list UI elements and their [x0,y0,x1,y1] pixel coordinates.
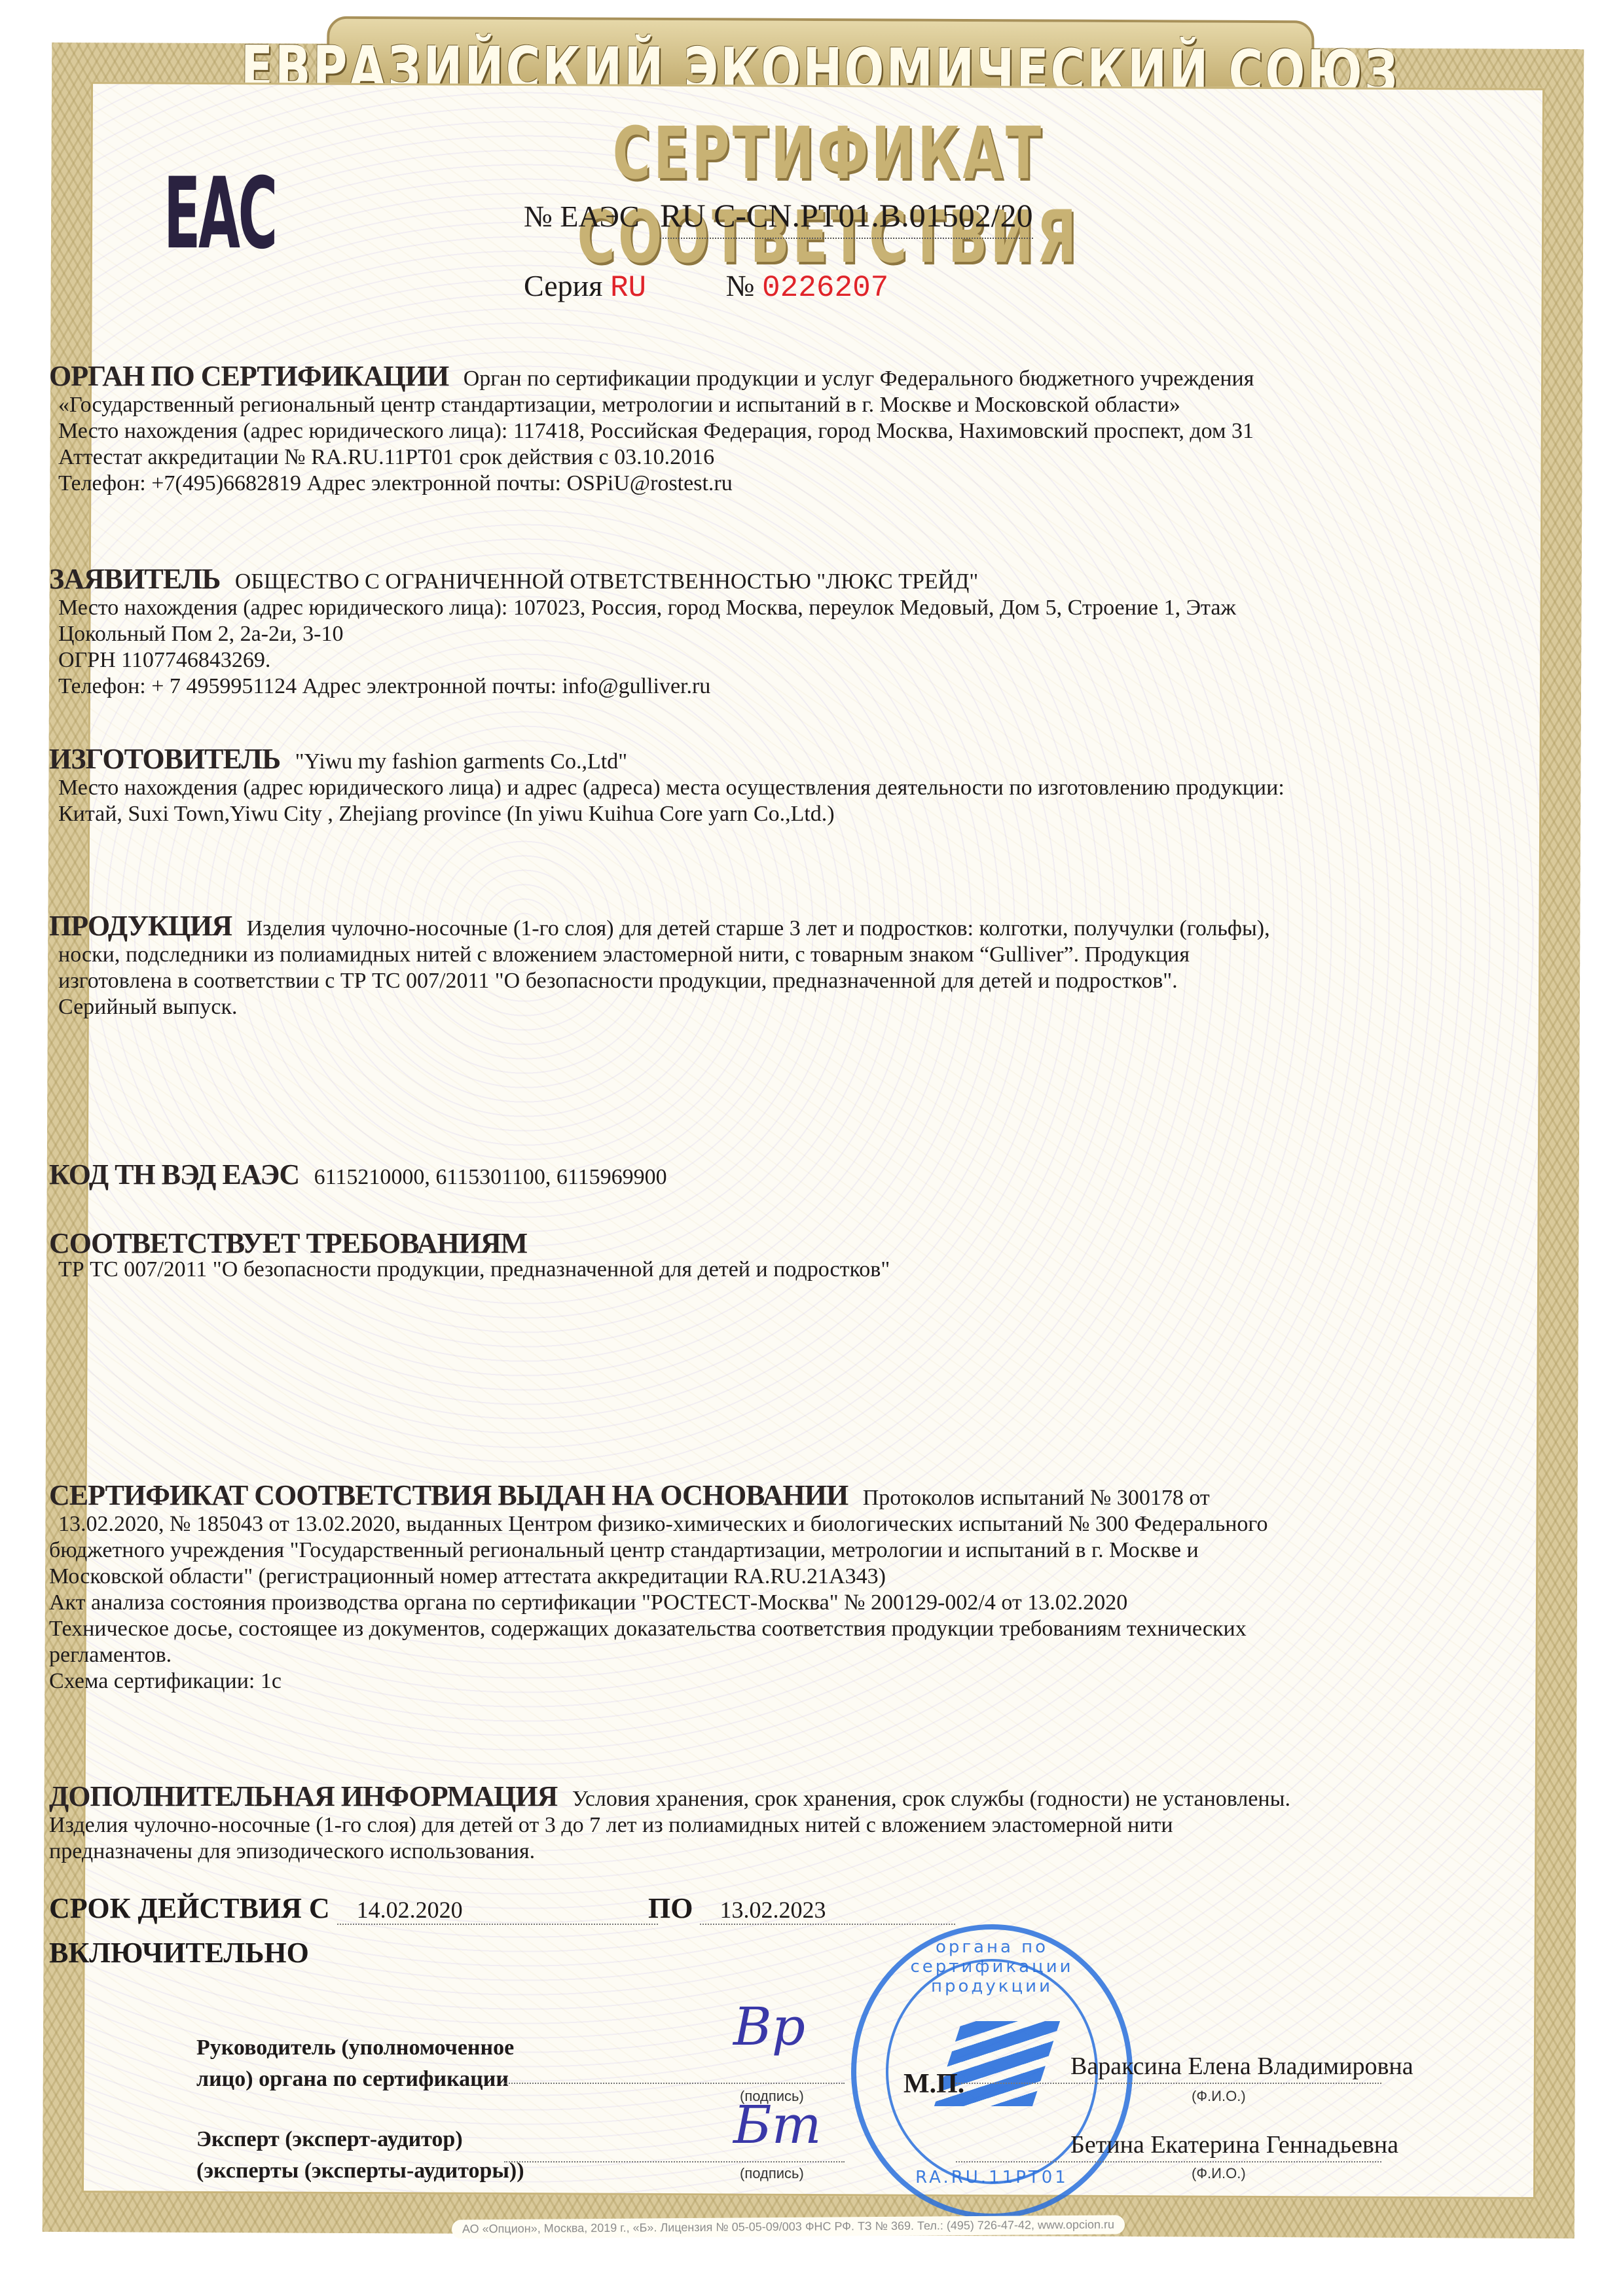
head-fio-caption: (Ф.И.О.) [1192,2088,1246,2105]
seal-label: М.П. [903,2068,964,2100]
tn-ved-heading: КОД ТН ВЭД ЕАЭС [49,1158,299,1191]
expert-name: Бетина Екатерина Геннадьевна [1070,2130,1398,2159]
section-line: "Yiwu my fashion garments Co.,Ltd" [295,749,628,774]
basis-section: СЕРТИФИКАТ СООТВЕТСТВИЯ ВЫДАН НА ОСНОВАН… [49,1482,1564,1695]
product-section: ПРОДУКЦИЯ Изделия чулочно-носочные (1-го… [49,913,1564,1020]
certification-body-heading: ОРГАН ПО СЕРТИФИКАЦИИ [49,360,448,392]
section-line: Место нахождения (адрес юридического лиц… [49,595,1564,621]
validity-from-date: 14.02.2020 [337,1896,658,1925]
validity-inclusive: ВКЛЮЧИТЕЛЬНО [49,1936,309,1969]
additional-info-section: ДОПОЛНИТЕЛЬНАЯ ИНФОРМАЦИЯ Условия хранен… [49,1784,1564,1865]
expert-signature-caption: (подпись) [740,2165,804,2182]
expert-signature-icon: Бт [733,2094,822,2155]
certificate-title: СЕРТИФИКАТ СООТВЕТСТВИЯ [534,111,1123,279]
requirements-value: ТР ТС 007/2011 "О безопасности продукции… [49,1257,1564,1283]
section-line: 13.02.2020, № 185043 от 13.02.2020, выда… [49,1511,1564,1537]
section-line: Условия хранения, срок хранения, срок сл… [572,1787,1290,1811]
head-label-line: Руководитель (уполномоченное [196,2032,514,2064]
section-line: Место нахождения (адрес юридического лиц… [49,775,1564,801]
validity-from: СРОК ДЕЙСТВИЯ С 14.02.2020 [49,1892,658,1925]
blank-number-label: № [726,269,755,302]
validity-from-label: СРОК ДЕЙСТВИЯ С [49,1892,330,1924]
section-line: «Государственный региональный центр стан… [49,392,1564,418]
section-line: Акт анализа состояния производства орган… [49,1590,1564,1616]
expert-label-line: (эксперты (эксперты-аудиторы)) [196,2155,524,2187]
head-label: Руководитель (уполномоченное лицо) орган… [196,2032,514,2095]
head-signature-icon: Вр [733,1996,805,2057]
section-line: Цокольный Пом 2, 2а-2и, 3-10 [49,621,1564,647]
manufacturer-heading: ИЗГОТОВИТЕЛЬ [49,743,280,775]
requirements-heading: СООТВЕТСТВУЕТ ТРЕБОВАНИЯМ [49,1230,1555,1257]
expert-label-line: Эксперт (эксперт-аудитор) [196,2124,524,2155]
number-label: № ЕАЭС [524,200,640,233]
stamp-top-text: органа по сертификации продукции [856,1937,1127,1996]
validity-to-date: 13.02.2023 [700,1896,955,1925]
number-value: RU C-CN.PT01.B.01502/20 [660,197,1033,239]
series-row: Серия RU № 0226207 [524,268,888,305]
stamp-bottom-text: RA.RU.11PT01 [856,2168,1127,2187]
tn-ved-section: КОД ТН ВЭД ЕАЭС 6115210000, 6115301100, … [49,1162,1564,1191]
blank-number-value: 0226207 [762,271,888,305]
section-line: Протоколов испытаний № 300178 от [863,1486,1210,1510]
section-line: ОБЩЕСТВО С ОГРАНИЧЕННОЙ ОТВЕТСТВЕННОСТЬЮ… [235,569,978,594]
certification-body-section: ОРГАН ПО СЕРТИФИКАЦИИ Орган по сертифика… [49,363,1564,497]
section-line: Изделия чулочно-носочные (1-го слоя) для… [247,916,1270,941]
certification-scheme: Схема сертификации: 1с [49,1668,1564,1695]
section-line: Телефон: + 7 4959951124 Адрес электронно… [49,673,1564,700]
certificate-number: № ЕАЭС RU C-CN.PT01.B.01502/20 [524,196,1033,234]
requirements-section: СООТВЕТСТВУЕТ ТРЕБОВАНИЯМ ТР ТС 007/2011… [49,1230,1564,1283]
additional-info-heading: ДОПОЛНИТЕЛЬНАЯ ИНФОРМАЦИЯ [49,1780,557,1812]
series-label: Серия [524,269,602,302]
section-line: Орган по сертификации продукции и услуг … [464,367,1254,391]
section-line: носки, подследники из полиамидных нитей … [49,942,1564,968]
section-line: Аттестат аккредитации № RA.RU.11PT01 сро… [49,444,1564,471]
section-line: изготовлена в соответствии с ТР ТС 007/2… [49,968,1564,994]
section-line: Московской области" (регистрационный ном… [49,1564,1564,1590]
validity-to-label: ПО [648,1892,693,1924]
expert-name-line [956,2161,1381,2162]
manufacturer-section: ИЗГОТОВИТЕЛЬ "Yiwu my fashion garments C… [49,746,1564,827]
section-line: Телефон: +7(495)6682819 Адрес электронно… [49,471,1564,497]
applicant-section: ЗАЯВИТЕЛЬ ОБЩЕСТВО С ОГРАНИЧЕННОЙ ОТВЕТС… [49,566,1564,700]
head-name-line [956,2083,1381,2084]
section-line: Место нахождения (адрес юридического лиц… [49,418,1564,444]
basis-heading: СЕРТИФИКАТ СООТВЕТСТВИЯ ВЫДАН НА ОСНОВАН… [49,1479,848,1511]
section-line: бюджетного учреждения "Государственный р… [49,1537,1564,1564]
expert-signature-line [504,2161,845,2162]
section-line: ОГРН 1107746843269. [49,647,1564,673]
expert-fio-caption: (Ф.И.О.) [1192,2165,1246,2182]
series-value: RU [610,271,646,305]
head-label-line: лицо) органа по сертификации [196,2064,514,2095]
validity-to: ПО 13.02.2023 [648,1892,955,1925]
tn-ved-codes: 6115210000, 6115301100, 6115969900 [314,1165,667,1189]
head-signature-line [504,2083,845,2084]
applicant-heading: ЗАЯВИТЕЛЬ [49,563,220,595]
expert-label: Эксперт (эксперт-аудитор) (эксперты (экс… [196,2124,524,2187]
section-line: регламентов. [49,1642,1564,1668]
section-line: Изделия чулочно-носочные (1-го слоя) для… [49,1812,1564,1839]
section-line: Техническое досье, состоящее из документ… [49,1616,1564,1642]
section-line: предназначены для эпизодического использ… [49,1839,1564,1865]
eac-mark-icon: EAC [164,157,276,271]
product-heading: ПРОДУКЦИЯ [49,910,232,942]
section-line: Китай, Suxi Town,Yiwu City , Zhejiang pr… [49,801,1564,827]
head-name: Вараксина Елена Владимировна [1070,2052,1413,2081]
section-line: Серийный выпуск. [49,994,1564,1020]
